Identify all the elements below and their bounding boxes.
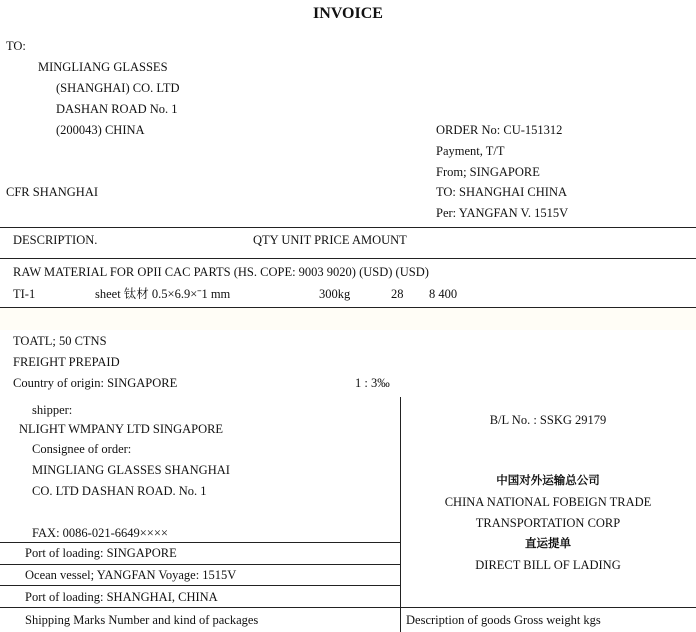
- divider: [0, 607, 696, 608]
- consignee-label: Consignee of order:: [32, 443, 131, 456]
- freight-terms: FREIGHT PREPAID: [13, 356, 120, 369]
- ship-from: From; SINGAPORE: [436, 166, 540, 179]
- bl-number: B/L No. : SSKG 29179: [400, 414, 696, 427]
- payment-terms: Payment, T/T: [436, 145, 505, 158]
- doc-type-cn: 直运提单: [400, 538, 696, 550]
- to-label: TO:: [6, 40, 26, 53]
- item-amount: 8 400: [429, 288, 457, 301]
- trade-terms: CFR SHANGHAI: [6, 186, 98, 199]
- divider: [0, 227, 696, 228]
- country-of-origin: Country of origin: SINGAPORE: [13, 377, 177, 390]
- vessel-per: Per: YANGFAN V. 1515V: [436, 207, 568, 220]
- description-header: DESCRIPTION.: [13, 234, 97, 247]
- consignee-line-1: MINGLIANG GLASSES SHANGHAI: [32, 464, 230, 477]
- shipping-marks-header: Shipping Marks Number and kind of packag…: [25, 614, 258, 627]
- divider: [0, 258, 696, 259]
- shipper-name: NLIGHT WMPANY LTD SINGAPORE: [19, 423, 223, 436]
- consignee-company: (SHANGHAI) CO. LTD: [56, 82, 180, 95]
- port-of-loading: Port of loading: SINGAPORE: [25, 547, 177, 560]
- goods-description-header: Description of goods Gross weight kgs: [406, 614, 601, 627]
- item-qty: 300kg: [319, 288, 350, 301]
- background-band: [0, 308, 696, 330]
- items-heading: RAW MATERIAL FOR OPII CAC PARTS (HS. COP…: [13, 266, 429, 279]
- fax-number: FAX: 0086-021-6649××××: [32, 527, 168, 540]
- consignee-name: MINGLIANG GLASSES: [38, 61, 168, 74]
- order-number: ORDER No: CU-151312: [436, 124, 562, 137]
- document-title: INVOICE: [0, 6, 696, 22]
- ship-to: TO: SHANGHAI CHINA: [436, 186, 567, 199]
- shipper-label: shipper:: [32, 404, 72, 417]
- carrier-name-en-1: CHINA NATIONAL FOBEIGN TRADE: [400, 496, 696, 509]
- divider: [0, 585, 400, 586]
- ocean-vessel: Ocean vessel; YANGFAN Voyage: 1515V: [25, 569, 236, 582]
- ratio: 1 : 3‰: [355, 377, 390, 390]
- total-cartons: TOATL; 50 CTNS: [13, 335, 107, 348]
- divider: [0, 564, 400, 565]
- carrier-name-en-2: TRANSPORTATION CORP: [400, 517, 696, 530]
- carrier-name-cn: 中国对外运输总公司: [400, 475, 696, 487]
- item-description: sheet 钛材 0.5×6.9×ˉ1 mm: [95, 288, 230, 301]
- consignee-postcode: (200043) CHINA: [56, 124, 145, 137]
- columns-header: QTY UNIT PRICE AMOUNT: [253, 234, 407, 247]
- consignee-street: DASHAN ROAD No. 1: [56, 103, 178, 116]
- consignee-line-2: CO. LTD DASHAN ROAD. No. 1: [32, 485, 207, 498]
- column-divider: [400, 397, 401, 632]
- doc-type-en: DIRECT BILL OF LADING: [400, 559, 696, 572]
- port-of-discharge: Port of loading: SHANGHAI, CHINA: [25, 591, 218, 604]
- divider: [0, 542, 400, 543]
- item-unit-price: 28: [391, 288, 404, 301]
- item-code: TI-1: [13, 288, 35, 301]
